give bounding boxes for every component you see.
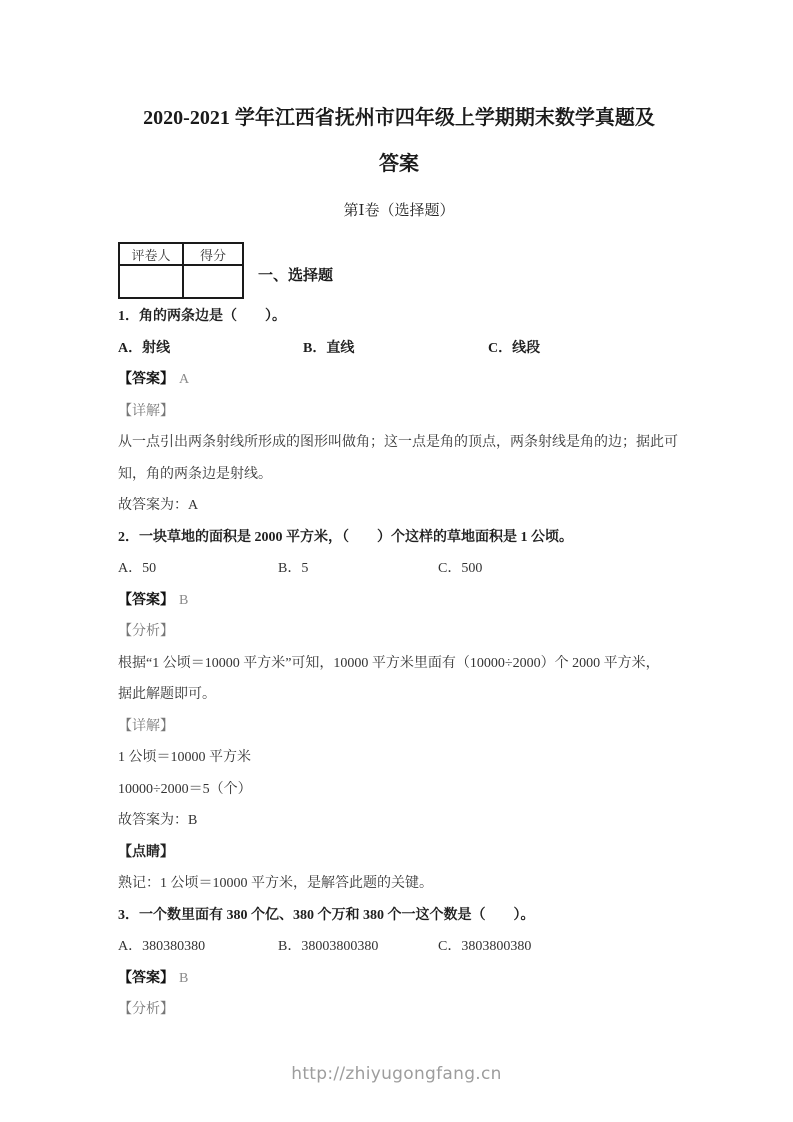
q2-answer-label: 【答案】 <box>118 593 174 608</box>
q3-answer-label: 【答案】 <box>118 971 174 986</box>
q2-detail-label: 【详解】 <box>118 711 680 743</box>
q1-answer-value: A <box>174 372 189 387</box>
q2-tip-text: 熟记：1 公顷＝10000 平方米，是解答此题的关键。 <box>118 868 680 900</box>
q2-answer-line: 【答案】B <box>118 585 680 617</box>
doc-title-line1: 2020-2021 学年江西省抚州市四年级上学期期末数学真题及 <box>118 95 680 141</box>
q1-detail-label: 【详解】 <box>118 396 680 428</box>
document-content: 2020-2021 学年江西省抚州市四年级上学期期末数学真题及 答案 第Ⅰ卷（选… <box>118 0 680 1026</box>
q3-question: 3．一个数里面有 380 个亿、380 个万和 380 个一这个数是（ ）。 <box>118 900 680 932</box>
grading-cell-reviewer <box>119 265 183 298</box>
q3-option-c: C．3803800380 <box>438 931 531 963</box>
grading-header-reviewer: 评卷人 <box>119 243 183 265</box>
q3-options: A．380380380 B．38003800380 C．3803800380 <box>118 931 680 963</box>
q2-analysis-line2: 据此解题即可。 <box>118 679 680 711</box>
q2-option-a: A．50 <box>118 553 278 585</box>
q2-answer-value: B <box>174 593 188 608</box>
grading-cell-score <box>183 265 243 298</box>
grading-header-score: 得分 <box>183 243 243 265</box>
q2-option-c: C．500 <box>438 553 482 585</box>
exam-document-page: 2020-2021 学年江西省抚州市四年级上学期期末数学真题及 答案 第Ⅰ卷（选… <box>0 0 793 1122</box>
q1-answer-line: 【答案】A <box>118 364 680 396</box>
q2-analysis-line1: 根据“1 公顷＝10000 平方米”可知，10000 平方米里面有（10000÷… <box>118 648 680 680</box>
q2-tip-label: 【点睛】 <box>118 837 680 869</box>
q2-options: A．50 B．5 C．500 <box>118 553 680 585</box>
q1-question: 1．角的两条边是（ ）。 <box>118 301 680 333</box>
q1-detail-line1: 从一点引出两条射线所形成的图形叫做角；这一点是角的顶点，两条射线是角的边；据此可 <box>118 427 680 459</box>
q3-option-a: A．380380380 <box>118 931 278 963</box>
q3-answer-value: B <box>174 971 188 986</box>
q2-analysis-label: 【分析】 <box>118 616 680 648</box>
section-1-heading: 一、选择题 <box>258 264 333 285</box>
doc-title: 2020-2021 学年江西省抚州市四年级上学期期末数学真题及 答案 <box>118 95 680 187</box>
grading-table: 评卷人 得分 <box>118 242 244 299</box>
q2-question: 2．一块草地的面积是 2000 平方米，（ ）个这样的草地面积是 1 公顷。 <box>118 522 680 554</box>
grading-row: 评卷人 得分 一、选择题 <box>118 242 680 301</box>
q1-option-a: A．射线 <box>118 333 303 365</box>
q3-answer-line: 【答案】B <box>118 963 680 995</box>
q1-option-b: B．直线 <box>303 333 488 365</box>
q1-option-c: C．线段 <box>488 333 540 365</box>
doc-title-line2: 答案 <box>118 141 680 187</box>
q1-answer-label: 【答案】 <box>118 372 174 387</box>
q2-detail-line1: 1 公顷＝10000 平方米 <box>118 742 680 774</box>
footer-url: http://zhiyugongfang.cn <box>0 1064 793 1084</box>
section-header: 第Ⅰ卷（选择题） <box>118 199 680 223</box>
q1-options: A．射线 B．直线 C．线段 <box>118 333 680 365</box>
q2-option-b: B．5 <box>278 553 438 585</box>
q2-detail-line2: 10000÷2000＝5（个） <box>118 774 680 806</box>
q3-analysis-label: 【分析】 <box>118 994 680 1026</box>
q2-conclusion: 故答案为：B <box>118 805 680 837</box>
q1-detail-line2: 知，角的两条边是射线。 <box>118 459 680 491</box>
q1-conclusion: 故答案为：A <box>118 490 680 522</box>
q3-option-b: B．38003800380 <box>278 931 438 963</box>
